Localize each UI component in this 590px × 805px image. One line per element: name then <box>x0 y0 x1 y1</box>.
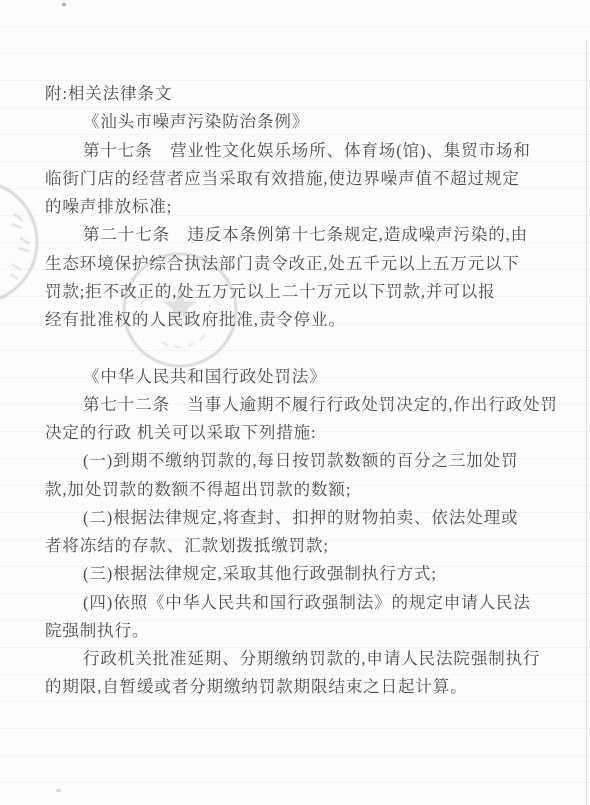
scanned-document-page: 附:相关法律条文《汕头市噪声污染防治条例》第十七条 营业性文化娱乐场所、体育场(… <box>0 0 590 805</box>
text-line: (四)依照《中华人民共和国行政强制法》的规定申请人民法 <box>45 589 550 617</box>
text-line: 罚款;拒不改正的,处五万元以上二十万元以下罚款,并可以报 <box>45 278 550 306</box>
text-line: 的噪声排放标准; <box>45 193 550 221</box>
partial-round-seal-left-edge-icon <box>0 176 48 312</box>
text-line: 者将冻结的存款、汇款划拨抵缴罚款; <box>45 532 550 560</box>
text-line: 的期限,自暂缓或者分期缴纳罚款期限结束之日起计算。 <box>45 673 550 701</box>
text-line: 《汕头市噪声污染防治条例》 <box>45 108 550 136</box>
text-line: 生态环境保护综合执法部门责令改正,处五千元以上五万元以下 <box>45 250 550 278</box>
text-line: 临街门店的经营者应当采取有效措施,使边界噪声值不超过规定 <box>45 165 550 193</box>
text-line: 院强制执行。 <box>45 617 550 645</box>
scan-speck <box>62 3 66 6</box>
text-line: 第十七条 营业性文化娱乐场所、体育场(馆)、集贸市场和 <box>45 137 550 165</box>
text-line: (二)根据法律规定,将查封、扣押的财物拍卖、依法处理或 <box>45 504 550 532</box>
text-line: 《中华人民共和国行政处罚法》 <box>45 363 550 391</box>
text-line: 决定的行政 机关可以采取下列措施: <box>45 419 550 447</box>
scan-speck <box>56 789 61 792</box>
page-edge-shadow <box>586 40 587 805</box>
text-line: 第二十七条 违反本条例第十七条规定,造成噪声污染的,由 <box>45 221 550 249</box>
text-line: (三)根据法律规定,采取其他行政强制执行方式; <box>45 560 550 588</box>
text-line: 经有批准权的人民政府批准,责令停业。 <box>45 306 550 334</box>
text-line: (一)到期不缴纳罚款的,每日按罚款数额的百分之三加处罚 <box>45 447 550 475</box>
document-body: 附:相关法律条文《汕头市噪声污染防治条例》第十七条 营业性文化娱乐场所、体育场(… <box>45 80 550 702</box>
text-line: 附:相关法律条文 <box>45 80 550 108</box>
text-line: 款,加处罚款的数额不得超出罚款的数额; <box>45 476 550 504</box>
text-line: 行政机关批准延期、分期缴纳罚款的,申请人民法院强制执行 <box>45 645 550 673</box>
text-line: 第七十二条 当事人逾期不履行行政处罚决定的,作出行政处罚 <box>45 391 550 419</box>
blank-line <box>45 334 550 362</box>
